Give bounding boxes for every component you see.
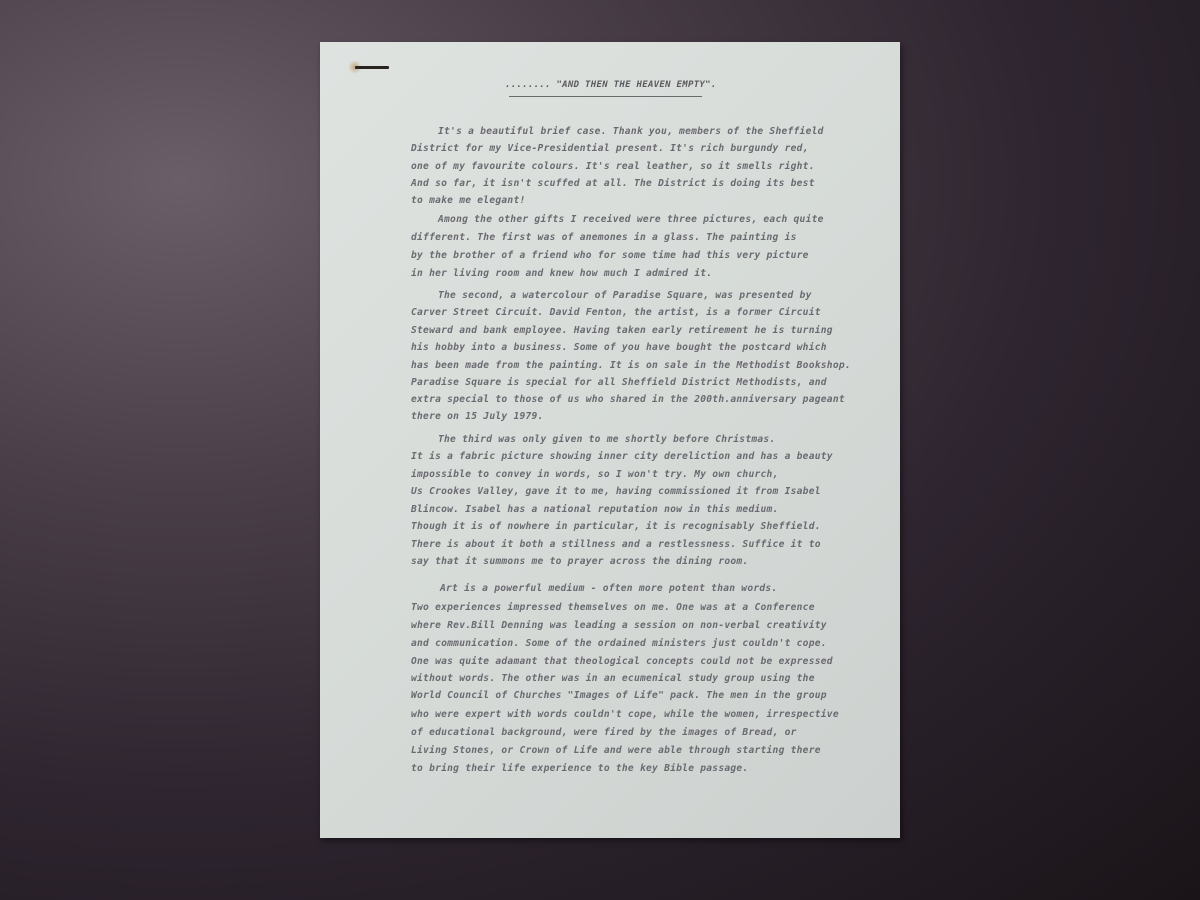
staple-icon [355,66,389,69]
text-line: impossible to convey in words, so I won'… [411,469,779,480]
text-line: Though it is of nowhere in particular, i… [411,521,821,532]
text-line: by the brother of a friend who for some … [411,250,809,261]
text-line: Steward and bank employee. Having taken … [411,325,833,336]
text-line: has been made from the painting. It is o… [411,360,851,371]
text-line: Us Crookes Valley, gave it to me, having… [411,486,821,497]
text-line: It's a beautiful brief case. Thank you, … [438,126,824,137]
text-line: one of my favourite colours. It's real l… [411,161,815,172]
text-line: to bring their life experience to the ke… [411,763,748,774]
text-line: where Rev.Bill Denning was leading a ses… [411,620,827,631]
page-title: ........ "AND THEN THE HEAVEN EMPTY". [505,80,735,90]
text-line: in her living room and knew how much I a… [411,268,712,279]
text-line: different. The first was of anemones in … [411,232,797,243]
text-line: say that it summons me to prayer across … [411,556,748,567]
text-line: his hobby into a business. Some of you h… [411,342,827,353]
text-line: there on 15 July 1979. [411,411,544,422]
text-line: without words. The other was in an ecume… [411,673,815,684]
text-line: Blincow. Isabel has a national reputatio… [411,504,779,515]
text-line: Two experiences impressed themselves on … [411,602,815,613]
text-line: to make me elegant! [411,195,526,206]
text-line: who were expert with words couldn't cope… [411,709,839,720]
text-line: Carver Street Circuit. David Fenton, the… [411,307,821,318]
text-line: District for my Vice-Presidential presen… [411,143,809,154]
text-line: It is a fabric picture showing inner cit… [411,451,833,462]
text-line: Living Stones, or Crown of Life and were… [411,745,821,756]
text-line: And so far, it isn't scuffed at all. The… [411,178,815,189]
text-line: Paradise Square is special for all Sheff… [411,377,827,388]
text-line: of educational background, were fired by… [411,727,797,738]
text-line: Art is a powerful medium - often more po… [440,583,777,594]
title-underline [509,96,702,97]
text-line: extra special to those of us who shared … [411,394,845,405]
text-line: There is about it both a stillness and a… [411,539,821,550]
text-line: and communication. Some of the ordained … [411,638,827,649]
text-line: Among the other gifts I received were th… [438,214,824,225]
text-line: One was quite adamant that theological c… [411,656,833,667]
text-line: World Council of Churches "Images of Lif… [411,690,827,701]
text-line: The second, a watercolour of Paradise Sq… [438,290,812,301]
text-line: The third was only given to me shortly b… [438,434,775,445]
